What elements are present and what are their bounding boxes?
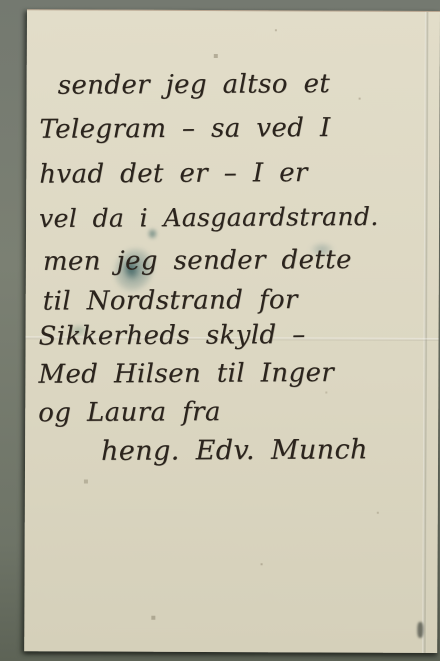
handwriting-line: og Laura fra	[38, 398, 221, 428]
paper-specks	[27, 10, 29, 12]
signature-line: heng. Edv. Munch	[101, 435, 368, 466]
handwriting-line: men jeg sender dette	[43, 246, 352, 276]
handwriting-line: Sikkerheds skyld –	[38, 321, 305, 351]
handwriting-line: vel da i Aasgaardstrand.	[39, 203, 379, 233]
handwriting-line: Med Hilsen til Inger	[38, 359, 334, 389]
handwriting-line: hvad det er – I er	[39, 159, 308, 189]
letter-photograph: sender jeg altso et Telegram – sa ved I …	[0, 0, 440, 661]
handwriting-line: Telegram – sa ved I	[39, 114, 330, 144]
handwriting-line: sender jeg altso et	[58, 70, 331, 100]
handwriting-line: til Nordstrand for	[43, 286, 298, 316]
vertical-fold-crease	[422, 12, 429, 653]
paper-sheet: sender jeg altso et Telegram – sa ved I …	[24, 9, 440, 653]
